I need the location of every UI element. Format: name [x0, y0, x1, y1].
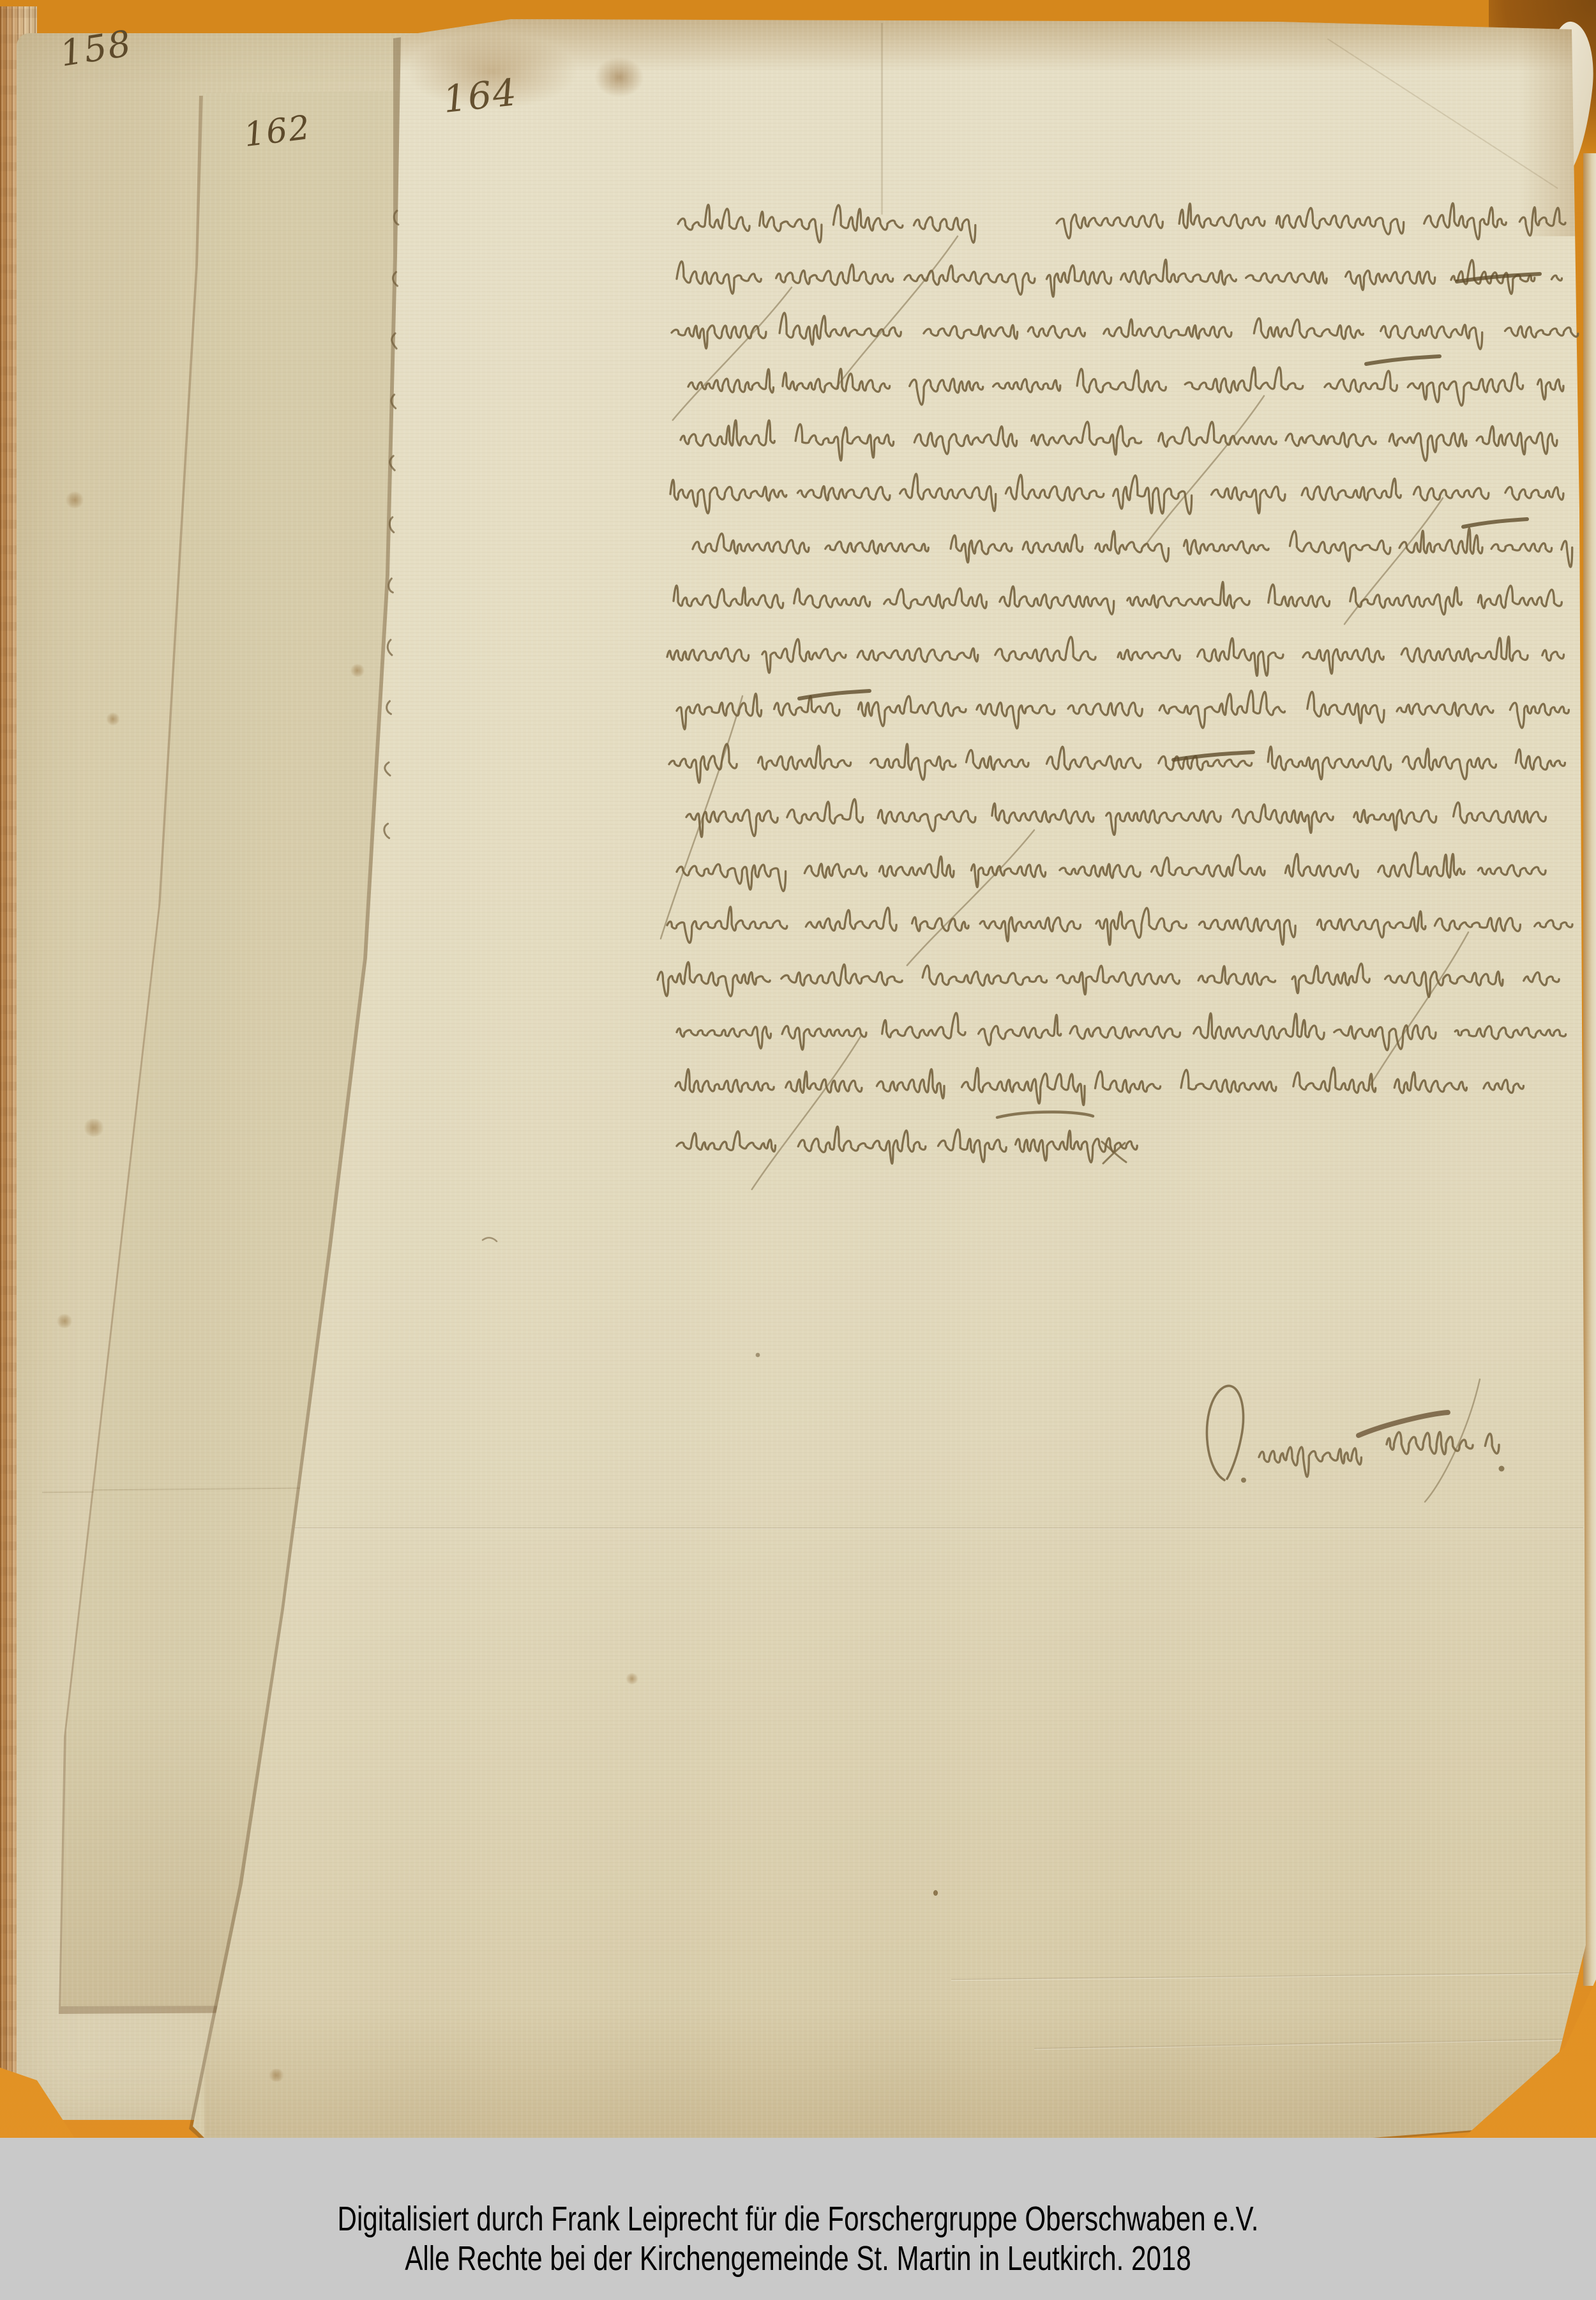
fold-crease [275, 1527, 1583, 1529]
foxing-spot [65, 492, 84, 508]
caption-line-2: Alle Rechte bei der Kirchengemeinde St. … [176, 2239, 1420, 2278]
edge-toning [204, 2005, 1586, 2138]
page-edge-right [1583, 153, 1596, 1986]
folio-number-162: 162 [242, 109, 313, 155]
folio-number-164: 164 [441, 70, 520, 121]
caption-line-1: Digitalisiert durch Frank Leiprecht für … [176, 2199, 1420, 2239]
fiber-speck [933, 1890, 938, 1896]
fold-crease-vertical [881, 23, 883, 215]
foxing-spot [56, 1314, 73, 1328]
manuscript-scan: 158 162 164 Digitalisiert durch Frank Le… [0, 0, 1596, 2300]
foxing-spot [83, 1119, 105, 1137]
fold-crease [951, 1972, 1586, 1981]
foxing-spot [626, 1673, 638, 1684]
stain-blotch [594, 56, 645, 98]
footer-caption: Digitalisiert durch Frank Leiprecht für … [0, 2138, 1596, 2300]
foxing-spot [106, 713, 120, 725]
foxing-spot [350, 664, 365, 677]
foxing-spot [268, 2069, 285, 2082]
